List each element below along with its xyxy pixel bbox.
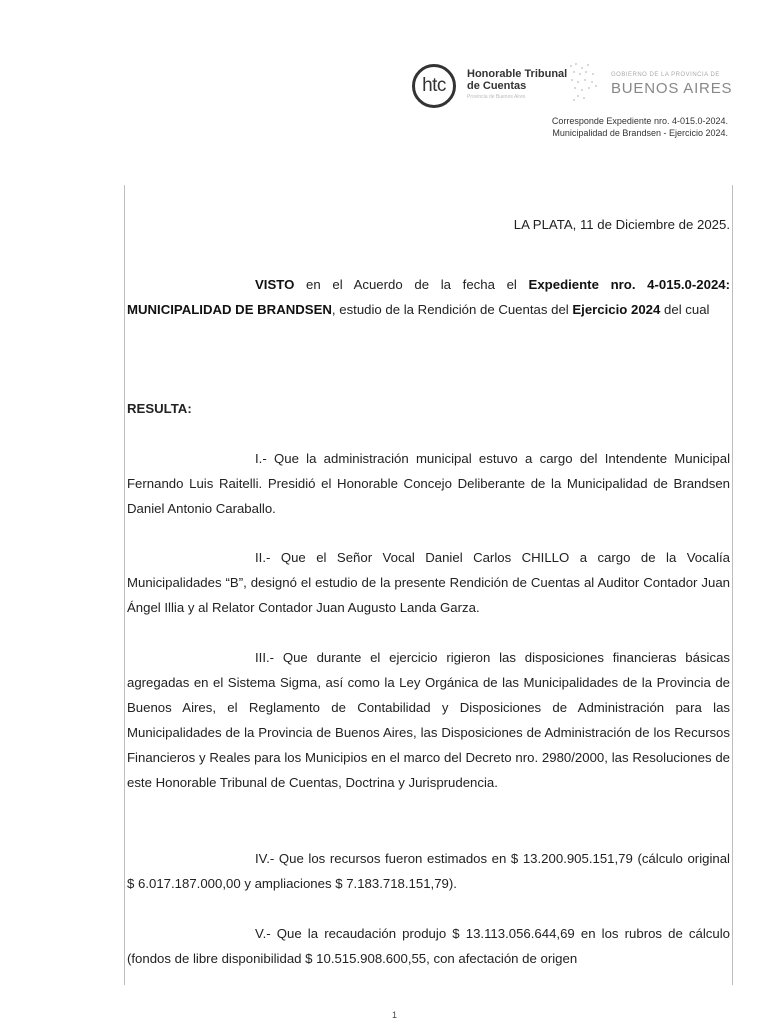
municipality-name: MUNICIPALIDAD DE BRANDSEN <box>127 302 332 317</box>
document-page: htc Honorable Tribunal de Cuentas Provin… <box>0 0 783 1024</box>
visto-text-2: , estudio de la Rendición de Cuentas del <box>332 302 572 317</box>
institution-name: Honorable Tribunal de Cuentas <box>467 68 567 92</box>
expediente-ref: Expediente nro. 4-015.0-2024: <box>529 277 730 292</box>
institution-line2: de Cuentas <box>467 80 567 92</box>
ejercicio-ref: Ejercicio 2024 <box>572 302 660 317</box>
province-name: BUENOS AIRES <box>611 80 732 97</box>
paragraph-2: II.- Que el Señor Vocal Daniel Carlos CH… <box>127 545 730 620</box>
visto-keyword: VISTO <box>255 277 294 292</box>
institution-subtitle: Provincia de Buenos Aires <box>467 94 525 100</box>
paragraph-5: V.- Que la recaudación produjo $ 13.113.… <box>127 921 730 971</box>
date-line: LA PLATA, 11 de Diciembre de 2025. <box>127 212 730 237</box>
institution-line1: Honorable Tribunal <box>467 68 567 80</box>
province-map-icon <box>566 60 600 104</box>
reference-line-2: Municipalidad de Brandsen - Ejercicio 20… <box>552 128 728 138</box>
right-margin-line <box>732 185 733 985</box>
visto-paragraph: VISTO en el Acuerdo de la fecha el Exped… <box>127 272 730 322</box>
visto-text-3: del cual <box>660 302 709 317</box>
government-label: GOBIERNO DE LA PROVINCIA DE <box>611 72 720 78</box>
paragraph-3: III.- Que durante el ejercicio rigieron … <box>127 645 730 795</box>
reference-line-1: Corresponde Expediente nro. 4-015.0-2024… <box>552 116 728 126</box>
paragraph-4: IV.- Que los recursos fueron estimados e… <box>127 846 730 896</box>
resulta-heading: RESULTA: <box>127 396 730 421</box>
page-number: 1 <box>392 1010 397 1020</box>
paragraph-1: I.- Que la administración municipal estu… <box>127 446 730 521</box>
htc-logo-icon: htc <box>412 64 456 108</box>
left-margin-line <box>124 185 125 985</box>
visto-text-1: en el Acuerdo de la fecha el <box>294 277 528 292</box>
